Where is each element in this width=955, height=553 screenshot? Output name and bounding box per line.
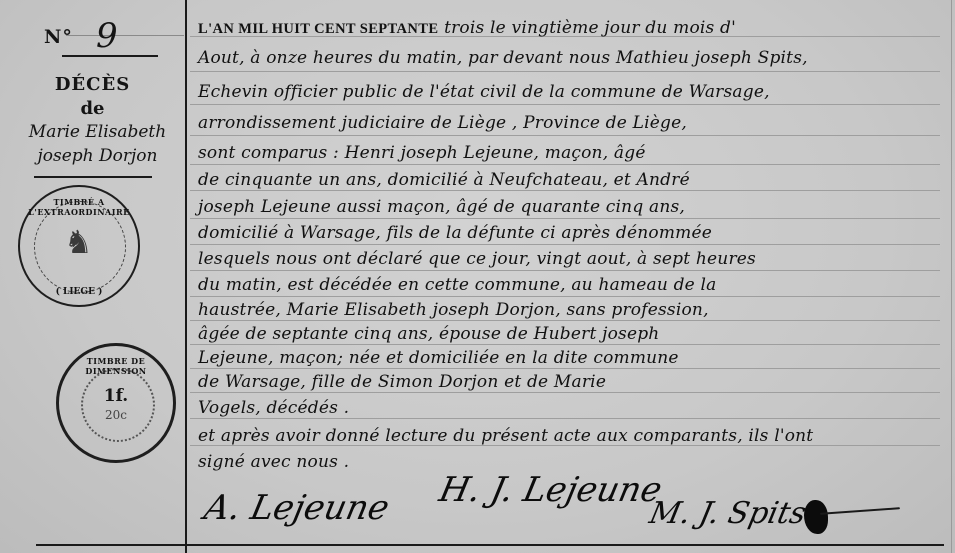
body-line-15: Vogels, décédés . (198, 398, 349, 418)
body-line-13: Lejeune, maçon; née et domiciliée en la … (198, 348, 679, 368)
lion-icon: ♞ (64, 223, 93, 261)
bottom-rule (36, 544, 944, 546)
body-line-7: joseph Lejeune aussi maçon, âgé de quara… (198, 197, 685, 217)
ruled-line (190, 344, 940, 345)
printed-year-heading: L'AN MIL HUIT CENT SEPTANTE (198, 21, 438, 37)
ruled-line (190, 218, 940, 219)
deceased-name-line2: joseph Dorjon (10, 144, 185, 168)
deceased-name: Marie Elisabeth joseph Dorjon (10, 120, 185, 168)
deceased-underline (34, 176, 152, 178)
civil-register-death-record: N° 9 DÉCÈS de Marie Elisabeth joseph Dor… (0, 0, 955, 553)
record-type: DÉCÈS (0, 74, 185, 95)
signature-witness-1: A. Lejeune (201, 488, 393, 528)
number-value: 9 (96, 16, 118, 56)
body-line-8: domicilié à Warsage, fils de la défunte … (198, 223, 712, 243)
record-type-de: de (0, 98, 185, 119)
body-line-3: Echevin officier public de l'état civil … (198, 82, 770, 102)
ruled-line (190, 190, 940, 191)
record-number: N° 9 (44, 26, 73, 48)
ruled-line (190, 418, 940, 419)
signature-officer: M. J. Spits (646, 496, 809, 531)
body-line-12: âgée de septante cinq ans, épouse de Hub… (198, 324, 659, 344)
ruled-line (190, 164, 940, 165)
stamp-ring-text: TIMBRÉ A L'EXTRAORDINAIRE (20, 197, 138, 217)
ruled-line (190, 320, 940, 321)
body-line-6: de cinquante un ans, domicilié à Neufcha… (198, 170, 690, 190)
ruled-line (190, 104, 940, 105)
ruled-line (190, 244, 940, 245)
ruled-line (190, 270, 940, 271)
ruled-line (190, 135, 940, 136)
stamp-bottom-text: ( LIEGE ) (20, 287, 138, 297)
body-line-4: arrondissement judiciaire de Liège , Pro… (198, 113, 687, 133)
body-line-14: de Warsage, fille de Simon Dorjon et de … (198, 372, 606, 392)
body-line-2: Aout, à onze heures du matin, par devant… (198, 48, 808, 68)
ruled-line (190, 296, 940, 297)
page-edge (951, 0, 952, 553)
stamp-ring-text: TIMBRE DE DIMENSION (59, 356, 173, 376)
number-underline (62, 55, 158, 57)
number-dotted-line (66, 35, 184, 36)
stamp-value: 1f. (59, 386, 173, 406)
signature-flourish (820, 507, 900, 515)
body-line-1: L'AN MIL HUIT CENT SEPTANTE trois le vin… (198, 18, 736, 38)
ink-blot (804, 500, 828, 534)
body-line-10: du matin, est décédée en cette commune, … (198, 275, 717, 295)
stamp-cents: 20c (59, 408, 173, 422)
margin-divider (185, 0, 187, 553)
handwritten-date: trois le vingtième jour du mois d' (444, 18, 736, 38)
body-line-16: et après avoir donné lecture du présent … (198, 426, 813, 446)
stamp-timbre-dimension: TIMBRE DE DIMENSION 1f. 20c (56, 343, 176, 463)
ruled-line (190, 71, 940, 72)
body-line-5: sont comparus : Henri joseph Lejeune, ma… (198, 143, 646, 163)
signature-witness-2: H. J. Lejeune (436, 470, 666, 510)
body-line-9: lesquels nous ont déclaré que ce jour, v… (198, 249, 756, 269)
number-label: N° (44, 26, 73, 48)
body-line-11: haustrée, Marie Elisabeth joseph Dorjon,… (198, 300, 709, 320)
stamp-timbre-extraordinaire: TIMBRÉ A L'EXTRAORDINAIRE ♞ ( LIEGE ) (18, 185, 140, 307)
body-line-17: signé avec nous . (198, 452, 349, 472)
ruled-line (190, 392, 940, 393)
deceased-name-line1: Marie Elisabeth (10, 120, 185, 144)
ruled-line (190, 368, 940, 369)
